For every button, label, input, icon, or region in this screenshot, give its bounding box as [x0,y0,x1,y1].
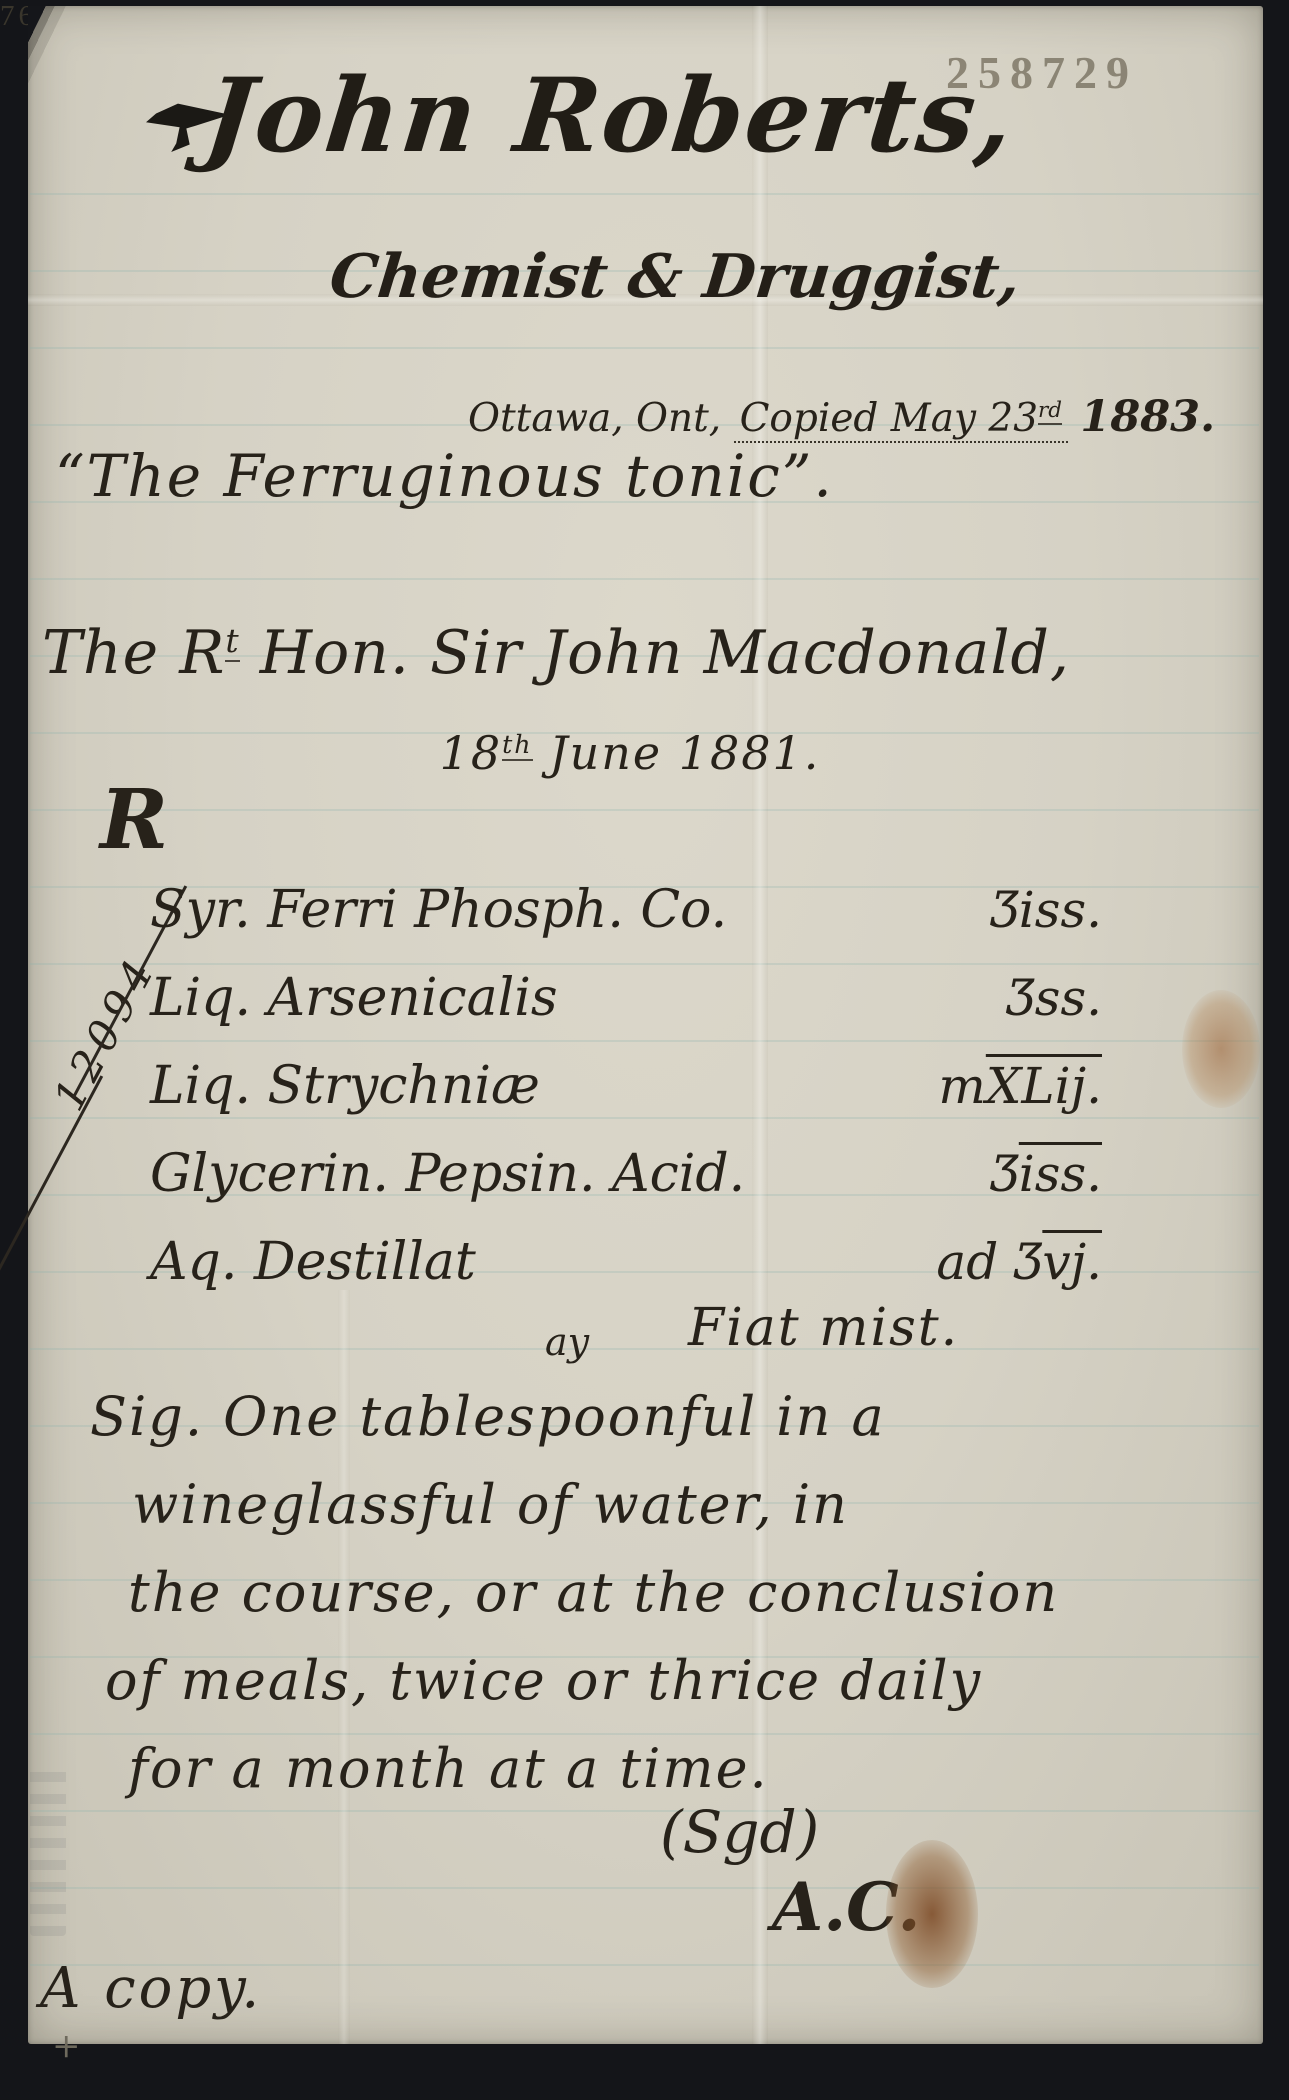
rx-ingredient: Glycerin. Pepsin. Acid. [150,1144,745,1204]
rx-ingredient: Syr. Ferri Phosph. Co. [150,880,727,940]
rx-quantity: mXLij. [938,1057,1102,1115]
sig-line: for a month at a time. [128,1737,769,1800]
prescription-date: 18th June 1881. [320,726,940,780]
rx-item-row: Aq. Destillat ad Ʒvj. [150,1232,1102,1292]
dateline: Ottawa, Ont, Copied May 23rd 1883. [468,392,1215,442]
dateline-copied: Copied May 23rd [734,396,1068,443]
rx-symbol: R [100,772,168,868]
fiat-instruction: Fiat mist. [688,1298,959,1358]
rx-quantity: Ʒss. [1007,969,1102,1027]
signed-abbreviation: (Sgd) [660,1798,819,1866]
addressee-line: The Rt Hon. Sir John Macdonald, [42,618,1070,688]
rx-quantity: Ʒiss. [991,1145,1102,1203]
rx-item-row: Syr. Ferri Phosph. Co. Ʒiss. [150,880,1102,940]
rx-quantity: ad Ʒvj. [936,1233,1102,1291]
copy-note: A copy. [40,1956,262,2021]
rx-item-row: Glycerin. Pepsin. Acid. Ʒiss. [150,1144,1102,1204]
dateline-place: Ottawa, Ont, [468,396,721,441]
rx-item-row: Liq. Arsenicalis Ʒss. [150,968,1102,1028]
rx-ingredient: Aq. Destillat [150,1232,476,1292]
letterhead-name: John Roberts, [164,56,1057,176]
dateline-year: 1883. [1080,392,1215,442]
fiat-annotation: ay [545,1320,589,1364]
sig-line: Sig. One tablespoonful in a [90,1385,886,1448]
sig-line: the course, or at the conclusion [128,1561,1059,1624]
document-title: “The Ferruginous tonic”. [55,442,834,510]
rx-item-row: Liq. Strychniæ mXLij. [150,1056,1102,1116]
cross-mark: + [52,2026,81,2066]
rx-quantity: Ʒiss. [991,881,1102,939]
rx-ingredient: Liq. Strychniæ [150,1056,540,1116]
letterhead-profession: Chemist & Druggist, [296,242,1053,312]
signature-initials: A.C. [772,1868,921,1946]
faint-edge-stamp [30,1766,66,1936]
sig-line: of meals, twice or thrice daily [105,1649,982,1712]
scanned-document-page: 258729 John Roberts, Chemist & Druggist,… [0,0,1289,2100]
sig-line: wineglassful of water, in [132,1473,849,1536]
rx-ingredient: Liq. Arsenicalis [150,968,558,1028]
